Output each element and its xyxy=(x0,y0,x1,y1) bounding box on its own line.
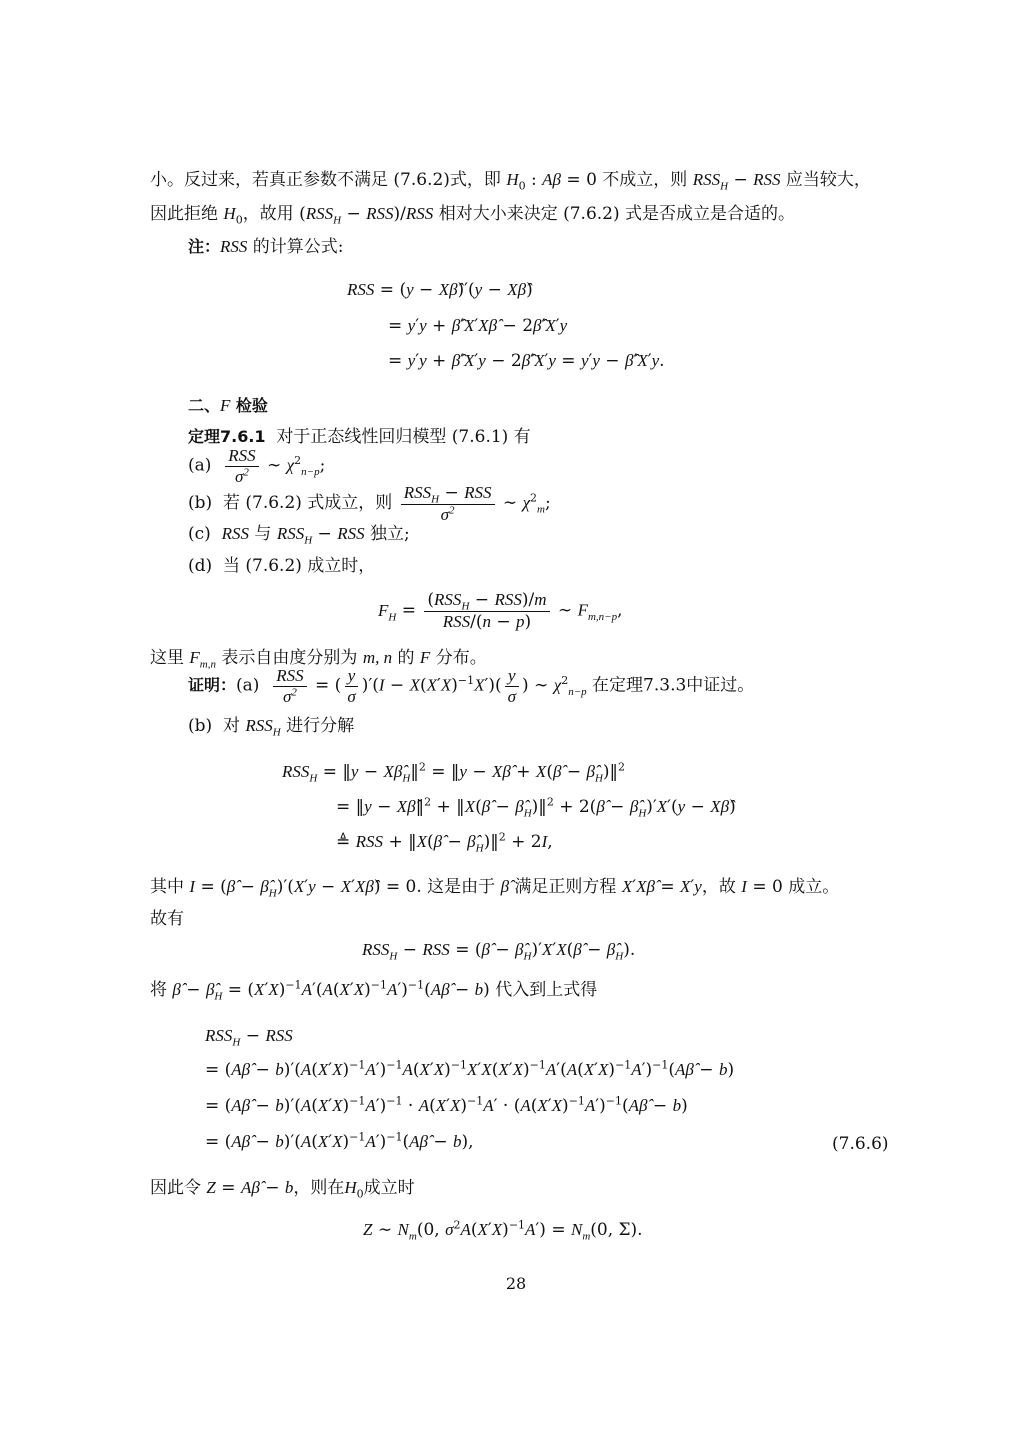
theorem-item-d: (d) 当 (7.6.2) 成立时， xyxy=(188,556,375,576)
paragraph-line-2: 因此拒绝 H0，故用 (RSSH − RSS)/RSS 相对大小来决定 (7.6… xyxy=(150,204,795,224)
paragraph-line-1: 小。反过来，若真正参数不满足 (7.6.2)式，即 H0 : Aβ = 0 不成… xyxy=(150,170,871,190)
theorem-item-c: (c) RSS 与 RSSH − RSS 独立; xyxy=(188,524,410,544)
theorem-label: 定理7.6.1 xyxy=(188,427,266,446)
f-statistic-equation: FH = (RSSH − RSS)/mRSS/(n − p) ∼ Fm,n−p, xyxy=(378,590,622,632)
theorem-item-b: (b) 若 (7.6.2) 式成立，则 RSSH − RSSσ2 ∼ χ2m; xyxy=(188,483,551,524)
proof-label: 证明： xyxy=(188,676,236,695)
theorem-line: 定理7.6.1 对于正态线性回归模型 (7.6.1) 有 xyxy=(188,427,531,447)
proof-part-a: 证明：(a) RSSσ2 = (yσ)′(I − X(X′X)−1X′)(yσ)… xyxy=(188,666,754,706)
rss-equation-3: = y′y + β̂′X′y − 2β̂′X′y = y′y − β̂′X′y. xyxy=(388,351,665,371)
z-definition: 因此令 Z = Aβ̂ − b，则在H0成立时 xyxy=(150,1178,415,1198)
rss-equation-1: RSS = (y − Xβ̂)′(y − Xβ̂) xyxy=(347,280,533,300)
note-line: 注：RSS 的计算公式: xyxy=(188,237,344,257)
expansion-line-1: = (Aβ̂ − b)′(A(X′X)−1A′)−1A(X′X)−1X′X(X′… xyxy=(205,1060,734,1080)
equation-number: (7.6.6) xyxy=(832,1134,889,1154)
section-heading: 二、F 检验 xyxy=(188,396,268,416)
expansion-line-0: RSSH − RSS xyxy=(205,1026,293,1046)
therefore-text: 故有 xyxy=(150,909,184,929)
i-explanation: 其中 I = (β̂ − β̂H)′(X′y − X′Xβ̂) = 0. 这是由… xyxy=(150,877,839,897)
expansion-line-3: = (Aβ̂ − b)′(A(X′X)−1A′)−1(Aβ̂ − b), xyxy=(205,1132,474,1152)
expansion-line-2: = (Aβ̂ − b)′(A(X′X)−1A′)−1 · A(X′X)−1A′ … xyxy=(205,1096,688,1116)
page-number: 28 xyxy=(0,1274,1019,1293)
rss-equation-2: = y′y + β̂′X′Xβ̂ − 2β̂′X′y xyxy=(388,316,567,336)
theorem-item-a: (a) RSSσ2 ∼ χ2n−p; xyxy=(188,446,325,486)
z-distribution: Z ∼ Nm(0, σ2A(X′X)−1A′) = Nm(0, Σ). xyxy=(363,1220,643,1240)
substitute-line: 将 β̂ − β̂H = (X′X)−1A′(A(X′X)−1A′)−1(Aβ̂… xyxy=(150,980,597,1000)
decomposition-line-1: RSSH = ‖y − Xβ̂H‖2 = ‖y − Xβ̂ + X(β̂ − β… xyxy=(282,762,625,782)
proof-part-b: (b) 对 RSSH 进行分解 xyxy=(188,716,354,736)
decomposition-line-3: ≜ RSS + ‖X(β̂ − β̂H)‖2 + 2I, xyxy=(336,832,553,852)
diff-equation: RSSH − RSS = (β̂ − β̂H)′X′X(β̂ − β̂H). xyxy=(362,940,635,960)
note-label: 注： xyxy=(188,237,220,256)
decomposition-line-2: = ‖y − Xβ̂‖2 + ‖X(β̂ − β̂H)‖2 + 2(β̂ − β… xyxy=(336,797,736,817)
theorem-intro: 对于正态线性回归模型 (7.6.1) 有 xyxy=(276,427,530,447)
